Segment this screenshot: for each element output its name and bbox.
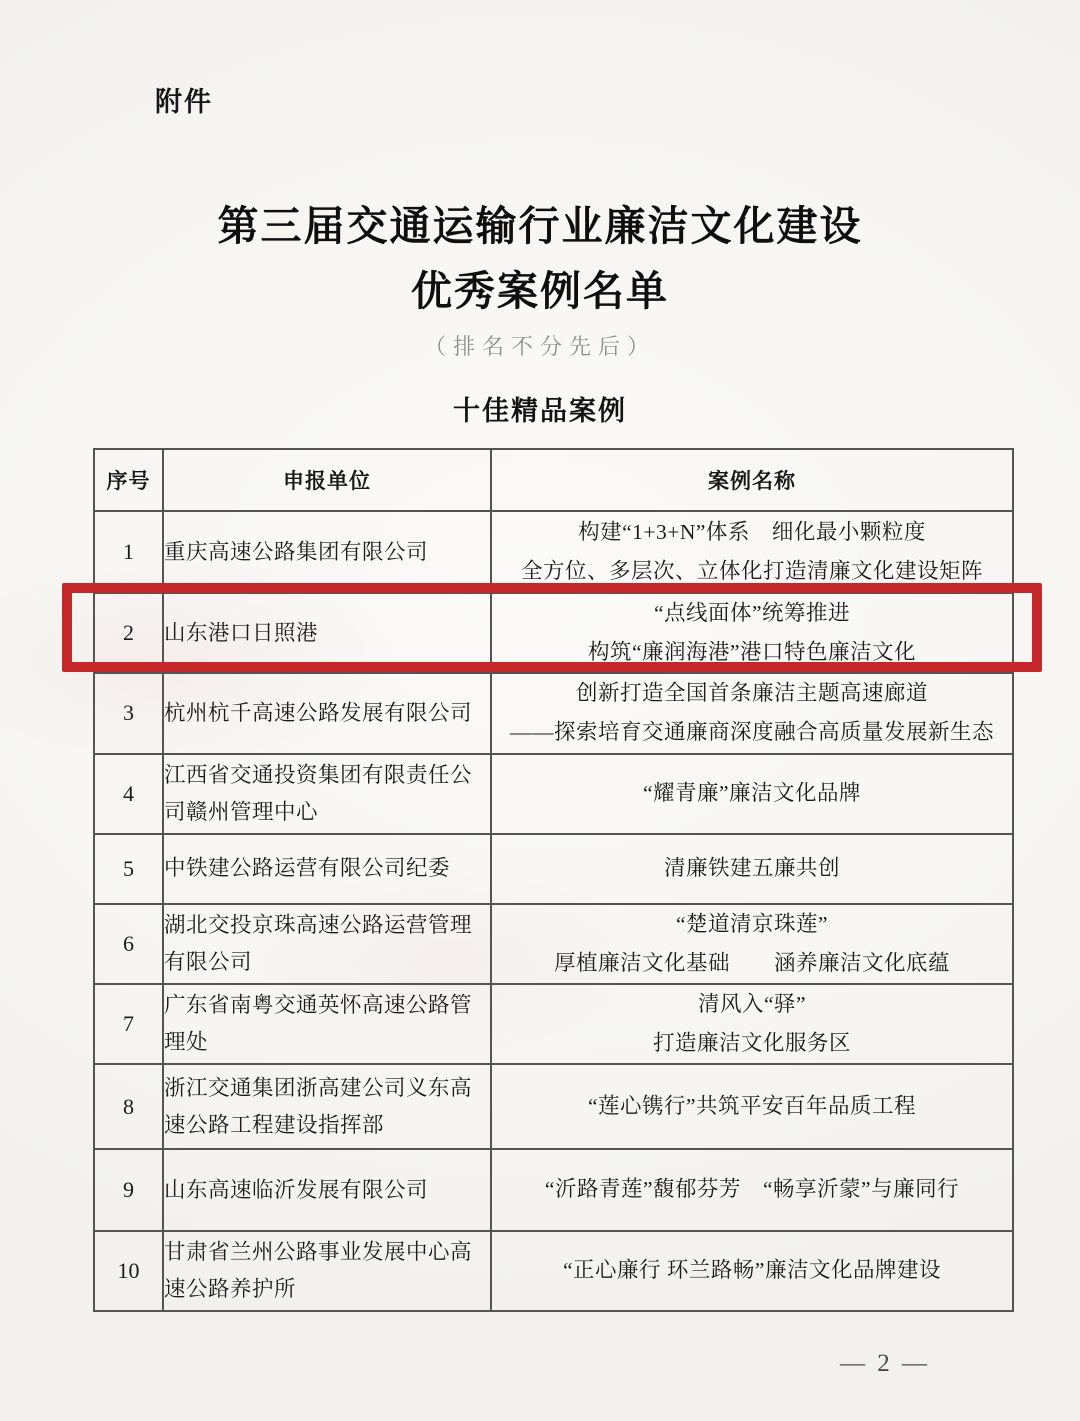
- row-unit: 山东港口日照港: [163, 593, 491, 673]
- case-line-1: 清风入“驿”: [492, 985, 1012, 1024]
- document-title-line-2: 优秀案例名单: [0, 259, 1080, 324]
- case-line-2: 厚植廉洁文化基础 涵养廉洁文化底蕴: [492, 944, 1012, 983]
- row-case: “点线面体”统筹推进 构筑“廉润海港”港口特色廉洁文化: [491, 593, 1013, 673]
- row-no: 7: [94, 984, 163, 1064]
- column-header-case: 案例名称: [491, 449, 1013, 511]
- row-no: 3: [94, 673, 163, 753]
- case-line-1: 创新打造全国首条廉洁主题高速廊道: [492, 674, 1012, 713]
- row-unit: 江西省交通投资集团有限责任公司赣州管理中心: [163, 754, 491, 834]
- table-row: 1 重庆高速公路集团有限公司 构建“1+3+N”体系 细化最小颗粒度 全方位、多…: [94, 511, 1013, 593]
- row-case: “正心廉行 环兰路畅”廉洁文化品牌建设: [491, 1231, 1013, 1311]
- row-case: “楚道清京珠莲” 厚植廉洁文化基础 涵养廉洁文化底蕴: [491, 904, 1013, 984]
- row-no: 10: [94, 1231, 163, 1311]
- page-number: — 2 —: [0, 1350, 1080, 1378]
- case-line-1: 构建“1+3+N”体系 细化最小颗粒度: [492, 513, 1012, 552]
- table-row: 7 广东省南粤交通英怀高速公路管理处 清风入“驿” 打造廉洁文化服务区: [94, 984, 1013, 1064]
- row-unit: 重庆高速公路集团有限公司: [163, 511, 491, 593]
- document-title: 第三届交通运输行业廉洁文化建设 优秀案例名单: [0, 194, 1080, 324]
- case-line-1: “莲心镌行”共筑平安百年品质工程: [492, 1087, 1012, 1126]
- case-line-1: “耀青廉”廉洁文化品牌: [492, 774, 1012, 813]
- case-line-2: 构筑“廉润海港”港口特色廉洁文化: [492, 633, 1012, 672]
- case-line-1: “楚道清京珠莲”: [492, 905, 1012, 944]
- case-line-1: “点线面体”统筹推进: [492, 594, 1012, 633]
- table-row: 5 中铁建公路运营有限公司纪委 清廉铁建五廉共创: [94, 834, 1013, 904]
- cases-table-header: 序号 申报单位 案例名称: [94, 449, 1013, 511]
- row-case: 创新打造全国首条廉洁主题高速廊道 ——探索培育交通廉商深度融合高质量发展新生态: [491, 673, 1013, 753]
- row-unit: 杭州杭千高速公路发展有限公司: [163, 673, 491, 753]
- row-unit: 广东省南粤交通英怀高速公路管理处: [163, 984, 491, 1064]
- column-header-no: 序号: [94, 449, 163, 511]
- row-no: 1: [94, 511, 163, 593]
- scanned-document-page: 附件 第三届交通运输行业廉洁文化建设 优秀案例名单 （排名不分先后） 十佳精品案…: [0, 0, 1080, 1421]
- row-case: “莲心镌行”共筑平安百年品质工程: [491, 1064, 1013, 1149]
- row-no: 5: [94, 834, 163, 904]
- row-no: 9: [94, 1149, 163, 1231]
- row-no: 4: [94, 754, 163, 834]
- row-unit: 中铁建公路运营有限公司纪委: [163, 834, 491, 904]
- table-row: 9 山东高速临沂发展有限公司 “沂路青莲”馥郁芬芳 “畅享沂蒙”与廉同行: [94, 1149, 1013, 1231]
- table-body: 1 重庆高速公路集团有限公司 构建“1+3+N”体系 细化最小颗粒度 全方位、多…: [94, 511, 1013, 1311]
- attachment-label: 附件: [155, 80, 213, 119]
- case-line-2: 全方位、多层次、立体化打造清廉文化建设矩阵: [492, 552, 1012, 591]
- case-line-2: ——探索培育交通廉商深度融合高质量发展新生态: [492, 713, 1012, 752]
- section-heading: 十佳精品案例: [0, 389, 1080, 428]
- row-no: 6: [94, 904, 163, 984]
- table-row: 10 甘肃省兰州公路事业发展中心高速公路养护所 “正心廉行 环兰路畅”廉洁文化品…: [94, 1231, 1013, 1311]
- row-case: 清廉铁建五廉共创: [491, 834, 1013, 904]
- row-unit: 湖北交投京珠高速公路运营管理有限公司: [163, 904, 491, 984]
- row-case: “耀青廉”廉洁文化品牌: [491, 754, 1013, 834]
- row-no: 2: [94, 593, 163, 673]
- table-row: 3 杭州杭千高速公路发展有限公司 创新打造全国首条廉洁主题高速廊道 ——探索培育…: [94, 673, 1013, 753]
- table-row: 2 山东港口日照港 “点线面体”统筹推进 构筑“廉润海港”港口特色廉洁文化: [94, 593, 1013, 673]
- cases-table: 序号 申报单位 案例名称 1 重庆高速公路集团有限公司 构建“1+3+N”体系 …: [93, 448, 1014, 1312]
- row-unit: 甘肃省兰州公路事业发展中心高速公路养护所: [163, 1231, 491, 1311]
- row-unit: 山东高速临沂发展有限公司: [163, 1149, 491, 1231]
- row-case: “沂路青莲”馥郁芬芳 “畅享沂蒙”与廉同行: [491, 1149, 1013, 1231]
- case-line-1: 清廉铁建五廉共创: [492, 849, 1012, 888]
- document-title-line-1: 第三届交通运输行业廉洁文化建设: [0, 194, 1080, 259]
- row-case: 清风入“驿” 打造廉洁文化服务区: [491, 984, 1013, 1064]
- table-row: 8 浙江交通集团浙高建公司义东高速公路工程建设指挥部 “莲心镌行”共筑平安百年品…: [94, 1064, 1013, 1149]
- table-row: 4 江西省交通投资集团有限责任公司赣州管理中心 “耀青廉”廉洁文化品牌: [94, 754, 1013, 834]
- row-no: 8: [94, 1064, 163, 1149]
- ranking-note: （排名不分先后）: [0, 330, 1080, 361]
- table-row: 6 湖北交投京珠高速公路运营管理有限公司 “楚道清京珠莲” 厚植廉洁文化基础 涵…: [94, 904, 1013, 984]
- case-line-2: 打造廉洁文化服务区: [492, 1024, 1012, 1063]
- column-header-unit: 申报单位: [163, 449, 491, 511]
- row-unit: 浙江交通集团浙高建公司义东高速公路工程建设指挥部: [163, 1064, 491, 1149]
- case-line-1: “沂路青莲”馥郁芬芳 “畅享沂蒙”与廉同行: [492, 1170, 1012, 1209]
- case-line-1: “正心廉行 环兰路畅”廉洁文化品牌建设: [492, 1251, 1012, 1290]
- row-case: 构建“1+3+N”体系 细化最小颗粒度 全方位、多层次、立体化打造清廉文化建设矩…: [491, 511, 1013, 593]
